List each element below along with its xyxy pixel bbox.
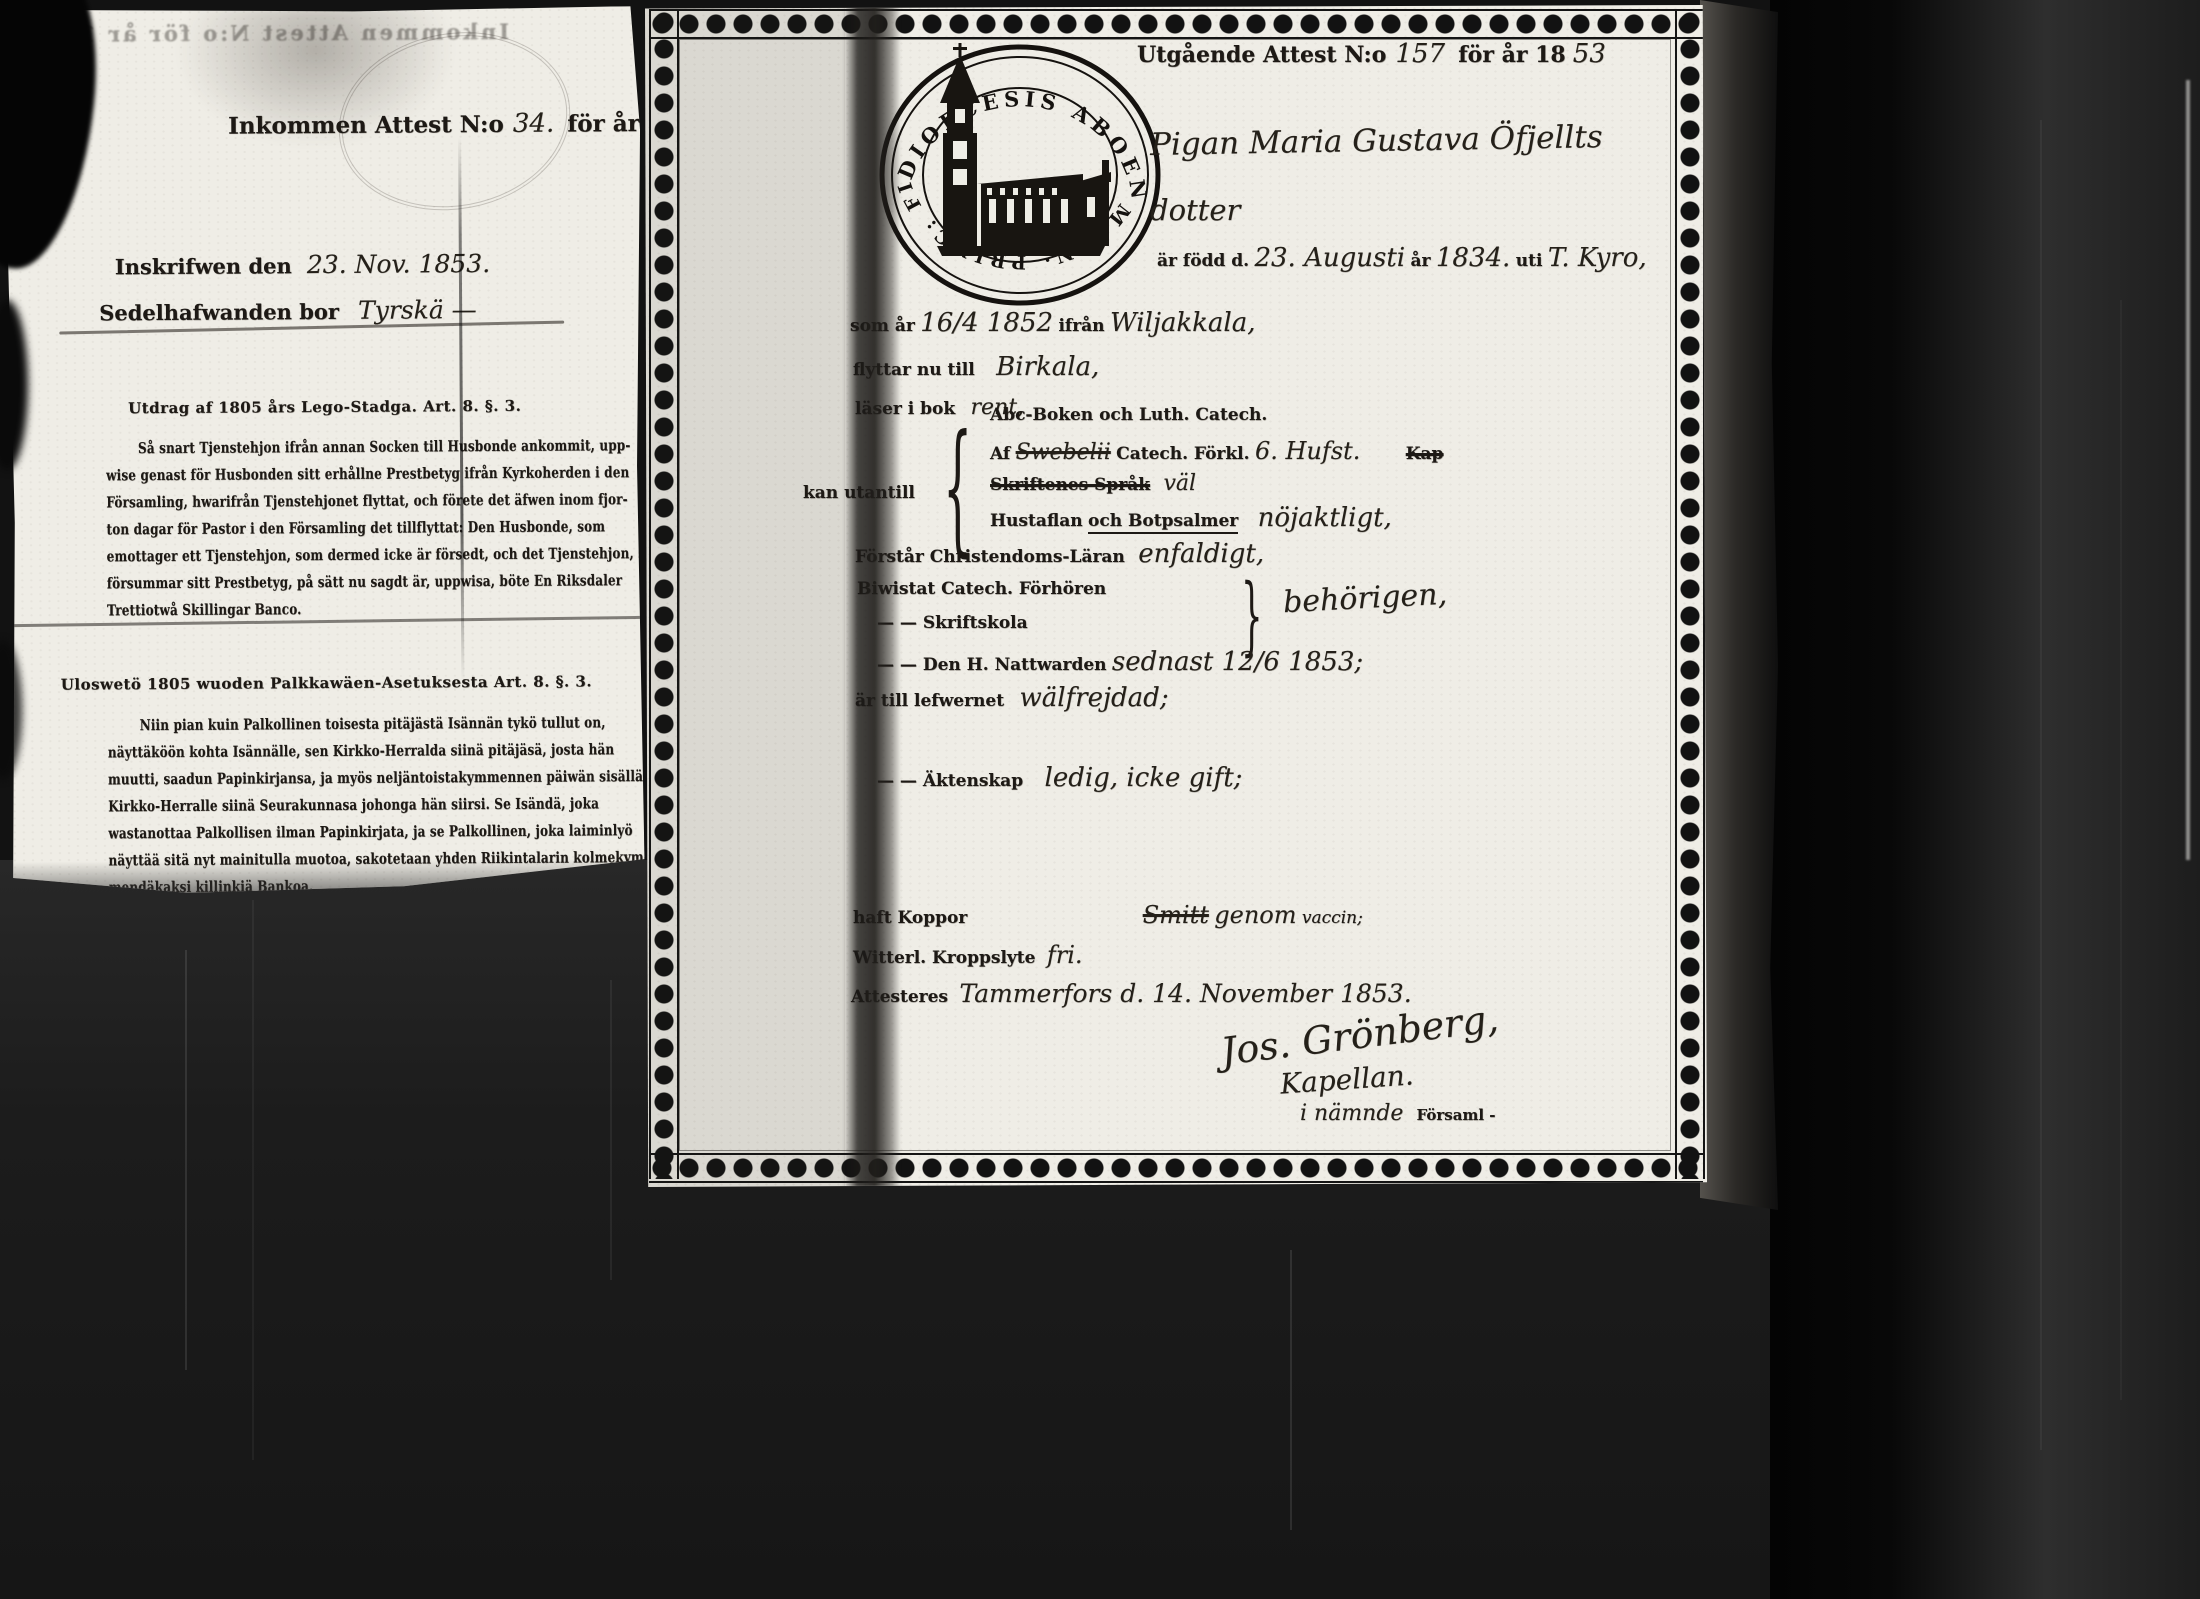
hand-segment: nöjaktligt, bbox=[1258, 503, 1392, 533]
hand-segment: fri. bbox=[1047, 941, 1083, 969]
underlined-print-segment: och Botpsalmer bbox=[1088, 511, 1238, 534]
swedish-statute-paragraph: Så snart Tjenstehjon ifrån annan Socken … bbox=[106, 432, 631, 624]
registered-label: Inskrifwen den bbox=[115, 253, 292, 279]
print-segment: år bbox=[1411, 251, 1431, 271]
attest-number-handwritten: 34. bbox=[513, 109, 555, 139]
print-segment: ifrån bbox=[1058, 316, 1104, 336]
title-printed: Utgående Attest N:o bbox=[1137, 42, 1386, 68]
struck-print-segment: Skriftenes Språk bbox=[990, 475, 1150, 495]
film-scratch bbox=[610, 980, 612, 1280]
film-edge-highlight bbox=[2186, 80, 2190, 860]
paragraph-line: muutti, saadun Papinkirjansa, ja myös ne… bbox=[108, 764, 527, 794]
left-margin-shade bbox=[645, 5, 845, 1187]
film-scratch bbox=[252, 900, 254, 1460]
ornament-border-right bbox=[1675, 9, 1705, 1179]
print-segment: Hustaflan bbox=[990, 511, 1083, 531]
arrival-line: som år 16/4 1852 ifrån Wiljakkala, bbox=[850, 308, 1256, 338]
marriage-status-line: — — Äktenskap ledig, icke gift; bbox=[877, 763, 1242, 793]
birth-line: är född d. 23. Augusti år 1834. uti T. K… bbox=[1157, 243, 1647, 273]
title-printed: Inkommen Attest N:o bbox=[228, 111, 504, 140]
struck-print-segment: Kap bbox=[1406, 444, 1444, 464]
hand-segment: 16/4 1852 bbox=[920, 308, 1053, 338]
dark-backdrop-right bbox=[1770, 0, 2200, 1599]
registered-date-line: Inskrifwen den 23. Nov. 1853. bbox=[115, 249, 490, 280]
title-year-printed: för år 18 bbox=[1458, 42, 1566, 68]
hand-segment: väl bbox=[1163, 471, 1196, 496]
document-title: Utgående Attest N:o 157 för år 18 53 bbox=[1137, 39, 1606, 69]
struck-hand-segment: Swebelii bbox=[1016, 440, 1111, 465]
registered-date-handwritten: 23. Nov. 1853. bbox=[307, 249, 490, 279]
hand-segment: 23. Augusti bbox=[1254, 243, 1405, 273]
knows-item-4: Hustaflan och Botpsalmer nöjaktligt, bbox=[990, 503, 1392, 533]
signature-parish-line: i nämnde Församl - bbox=[1300, 1101, 1495, 1126]
finnish-statute-heading: Uloswetö 1805 wuoden Palkkawäen-Asetukse… bbox=[9, 672, 643, 694]
knows-item-2: Af Swebelii Catech. Förkl. 6. Hufst. Kap bbox=[990, 437, 1443, 465]
hand-segment: ledig, icke gift; bbox=[1045, 763, 1243, 793]
film-scratch bbox=[1290, 1250, 1292, 1530]
hand-segment: Tammerfors d. 14. November 1853. bbox=[959, 979, 1411, 1008]
swedish-statute-heading: Utdrag af 1805 års Lego-Stadga. Art. 8. … bbox=[8, 396, 642, 418]
hand-segment: sednast 12/6 1853; bbox=[1112, 647, 1363, 677]
understands-line: Förstår Christendoms-Läran enfaldigt, bbox=[855, 539, 1264, 569]
hand-segment: enfaldigt, bbox=[1138, 539, 1264, 569]
print-segment: — — Den H. Nattwarden bbox=[877, 655, 1107, 675]
person-name-line2: dotter bbox=[1150, 193, 1240, 227]
knows-item-3: Skriftenes Språk väl bbox=[990, 471, 1196, 496]
archive-photo: Inkommen Attest N:o för år 18 Inkommen A… bbox=[0, 0, 2200, 1599]
holder-label: Sedelhafwanden bor bbox=[99, 299, 339, 325]
hand-segment: Wiljakkala, bbox=[1110, 308, 1256, 338]
hand-segment: genom bbox=[1214, 901, 1296, 929]
conduct-line: är till lefwernet wälfrejdad; bbox=[855, 683, 1169, 713]
print-segment: är född d. bbox=[1157, 251, 1249, 271]
left-document-inkommen-attest: Inkommen Attest N:o för år 18 Inkommen A… bbox=[5, 6, 644, 894]
hand-segment: 6. Hufst. bbox=[1255, 437, 1360, 465]
hand-segment: i nämnde bbox=[1300, 1101, 1403, 1126]
diocese-seal: DIOECESIS ABOENSIS MAGN: PRINC: FINL: bbox=[877, 41, 1163, 309]
struck-hand-segment: Smitt bbox=[1143, 901, 1209, 929]
print-segment: Catech. Förkl. bbox=[1116, 444, 1249, 464]
smallpox-line: haft Koppor Smitt genom vaccin; bbox=[853, 901, 1363, 929]
paragraph-line: Niin pian kuin Palkollinen toisesta pitä… bbox=[108, 710, 527, 740]
year-handwritten: 53 bbox=[1573, 39, 1606, 69]
attestation-line: Attesteres Tammerfors d. 14. November 18… bbox=[851, 979, 1412, 1008]
print-segment: uti bbox=[1516, 251, 1543, 271]
film-scratch bbox=[2120, 300, 2122, 1400]
communion-line: — — Den H. Nattwarden sednast 12/6 1853; bbox=[877, 647, 1363, 677]
torn-paper-edge bbox=[1700, 0, 1778, 1210]
paragraph-line: Kirkko-Herralle siinä Seurakunnasa johon… bbox=[108, 791, 527, 821]
film-scratch bbox=[2040, 120, 2042, 1450]
print-segment: Församl - bbox=[1417, 1106, 1496, 1124]
print-segment: Af bbox=[990, 444, 1010, 464]
right-document-utgaende-attest: DIOECESIS ABOENSIS MAGN: PRINC: FINL: bbox=[645, 5, 1707, 1187]
paragraph-line: wastanottaa Palkollisen ilman Papinkirja… bbox=[108, 818, 527, 848]
print-segment: vaccin; bbox=[1302, 908, 1363, 928]
attest-number-handwritten: 157 bbox=[1395, 39, 1445, 69]
gutter-fold-shadow bbox=[843, 5, 901, 1187]
hand-segment: 1834. bbox=[1436, 243, 1510, 273]
hand-segment: T. Kyro, bbox=[1548, 243, 1647, 273]
film-scratch bbox=[185, 950, 187, 1370]
holder-residence-line: Sedelhafwanden bor Tyrskä — bbox=[99, 295, 477, 326]
hand-segment: wälfrejdad; bbox=[1019, 683, 1168, 713]
hand-segment: Birkala, bbox=[996, 352, 1099, 382]
knows-item-1: Abc-Boken och Luth. Catech. bbox=[990, 405, 1267, 425]
paragraph-line: näyttäköön kohta Isännälle, sen Kirkko-H… bbox=[108, 737, 527, 767]
